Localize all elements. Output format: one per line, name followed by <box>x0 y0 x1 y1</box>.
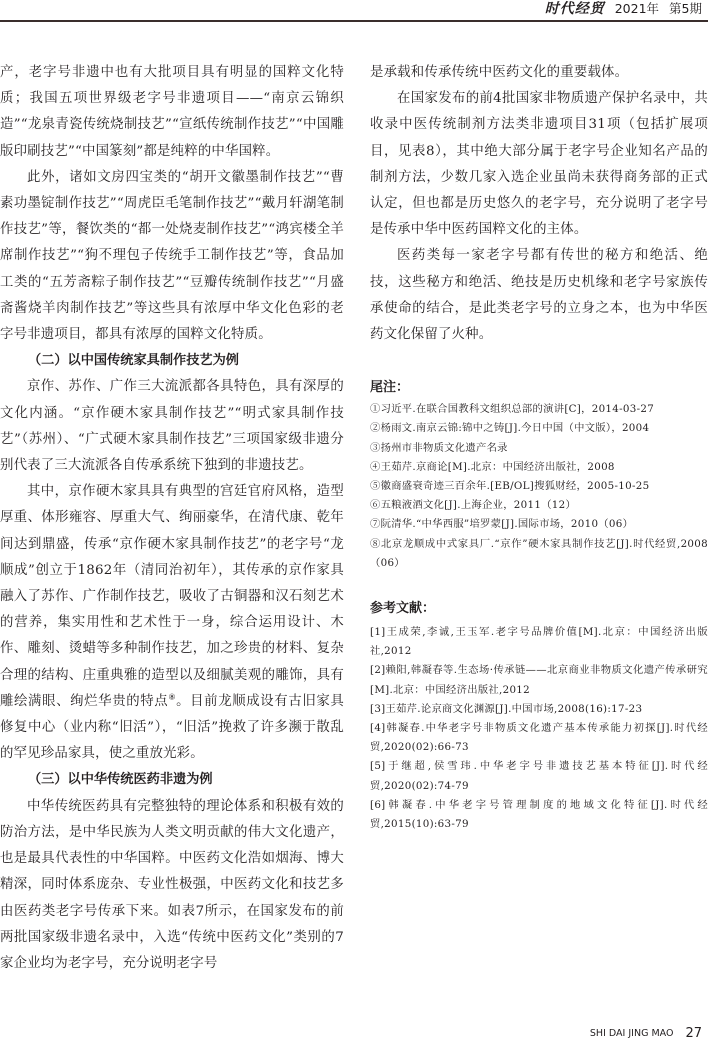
endnote-item: ⑧北京龙顺成中式家具厂.“京作”硬木家具制作技艺[J].时代经贸,2008（06… <box>370 535 708 573</box>
endnotes-list: ①习近平.在联合国教科文组织总部的演讲[C]，2014-03-27 ②杨雨文.南… <box>370 400 708 573</box>
right-column: 是承载和传承传统中医药文化的重要载体。 在国家发布的前4批国家非物质遗产保护名录… <box>370 60 708 834</box>
section-heading: （二）以中国传统家具制作技艺为例 <box>0 348 344 374</box>
paragraph: 是承载和传承传统中医药文化的重要载体。 <box>370 60 708 86</box>
journal-logo: 时代经贸 <box>545 0 605 18</box>
endnote-item: ①习近平.在联合国教科文组织总部的演讲[C]，2014-03-27 <box>370 400 708 419</box>
paragraph-text: 其中，京作硬木家具具有典型的宫廷官府风格，造型厚重、体形雍容、厚重大气、绚丽豪华… <box>0 484 344 709</box>
section-heading: （三）以中华传统医药非遗为例 <box>0 767 344 793</box>
endnote-item: ⑤徽商盛衰奇迹三百余年.[EB/OL]搜狐财经，2005-10-25 <box>370 477 708 496</box>
paragraph: 在国家发布的前4批国家非物质遗产保护名录中，共收录中医传统制剂方法类非遗项目31… <box>370 86 708 243</box>
reference-item: [5]于继超,侯雪玮.中华老字号非遗技艺基本特征[J].时代经贸,2020(02… <box>370 757 708 795</box>
endnotes-title: 尾注： <box>370 378 708 398</box>
paragraph: 产，老字号非遗中也有大批项目具有明显的国粹文化特质；我国五项世界级老字号非遗项目… <box>0 60 344 165</box>
header-info: 时代经贸 2021年 第5期 <box>545 0 702 16</box>
footer-brand: SHI DAI JING MAO <box>590 1028 674 1039</box>
endnote-item: ⑥五粮液酒文化[J].上海企业，2011（12） <box>370 496 708 515</box>
references-list: [1]王成荣,李诚,王玉军.老字号品牌价值[M].北京：中国经济出版社,2012… <box>370 623 708 834</box>
paragraph: 京作、苏作、广作三大流派都各具特色，具有深厚的文化内涵。“京作硬木家具制作技艺”… <box>0 374 344 479</box>
references-title: 参考文献： <box>370 599 708 619</box>
reference-item: [2]赖阳,韩凝春等.生态场·传承链——北京商业非物质文化遗产传承研究[M].北… <box>370 661 708 699</box>
left-column: 产，老字号非遗中也有大批项目具有明显的国粹文化特质；我国五项世界级老字号非遗项目… <box>0 60 344 977</box>
reference-item: [3]王茹芹.论京商文化渊源[J].中国市场,2008(16):17-23 <box>370 700 708 719</box>
paragraph: 其中，京作硬木家具具有典型的宫廷官府风格，造型厚重、体形雍容、厚重大气、绚丽豪华… <box>0 479 344 767</box>
page-header: 时代经贸 2021年 第5期 <box>0 0 708 21</box>
header-divider <box>0 20 708 22</box>
reference-item: [6]韩凝春.中华老字号管理制度的地域文化特征[J].时代经贸,2015(10)… <box>370 796 708 834</box>
page-footer: SHI DAI JING MAO 27 <box>590 1023 702 1043</box>
reference-item: [4]韩凝春.中华老字号非物质文化遗产基本传承能力初探[J].时代经贸,2020… <box>370 719 708 757</box>
paragraph: 医药类每一家老字号都有传世的秘方和绝活、绝技，这些秘方和绝活、绝技是历史机缘和老… <box>370 243 708 348</box>
endnote-item: ②杨雨文.南京云锦:锦中之铸[J].今日中国（中文版），2004 <box>370 419 708 438</box>
footnote-ref: ⑧ <box>168 692 176 701</box>
reference-item: [1]王成荣,李诚,王玉军.老字号品牌价值[M].北京：中国经济出版社,2012 <box>370 623 708 661</box>
endnote-item: ④王茹芹.京商论[M].北京：中国经济出版社，2008 <box>370 458 708 477</box>
header-year: 2021年 <box>615 0 659 17</box>
paragraph: 此外，诸如文房四宝类的“胡开文徽墨制作技艺”“曹素功墨锭制作技艺”“周虎臣毛笔制… <box>0 165 344 348</box>
endnote-item: ③扬州市非物质文化遗产名录 <box>370 439 708 458</box>
paragraph: 中华传统医药具有完整独特的理论体系和积极有效的防治方法，是中华民族为人类文明贡献… <box>0 794 344 977</box>
header-issue: 第5期 <box>669 0 702 17</box>
page-number: 27 <box>685 1026 702 1041</box>
endnote-item: ⑦阮清华.“中华西服”培罗蒙[J].国际市场，2010（06） <box>370 515 708 534</box>
